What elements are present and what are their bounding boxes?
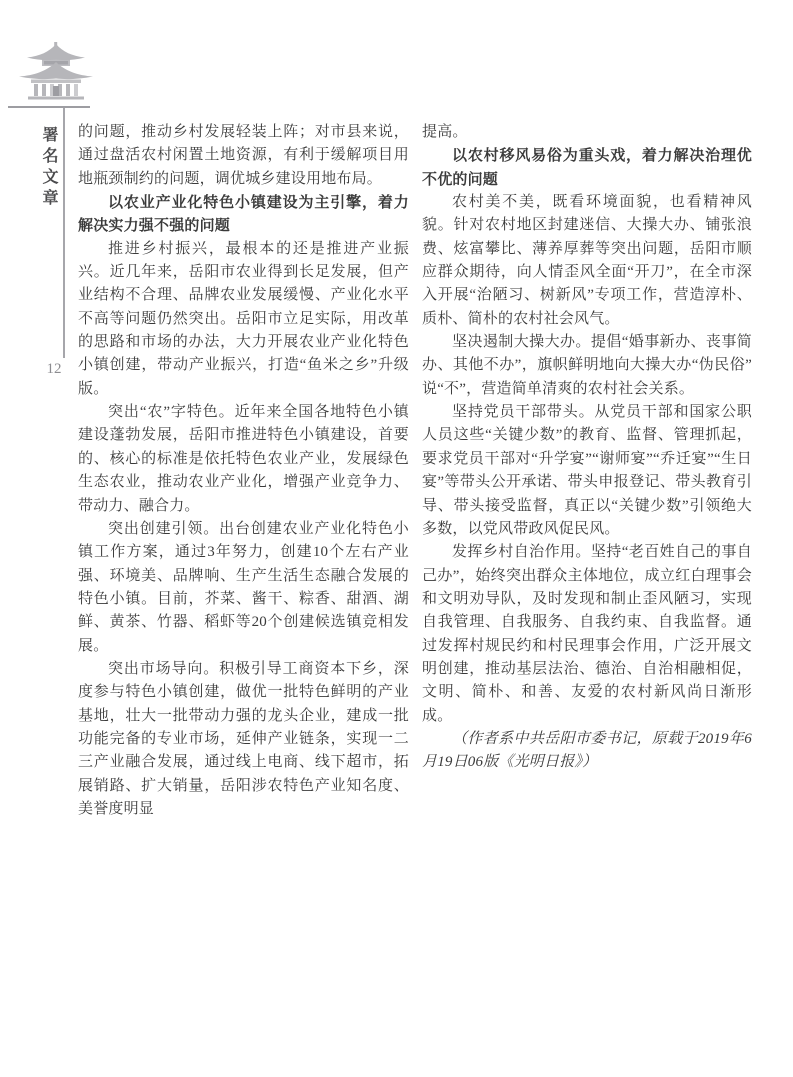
paragraph-continuation: 提高。 <box>422 121 752 144</box>
page-number: 12 <box>38 361 70 378</box>
paragraph: 发挥乡村自治作用。坚持“老百姓自己的事自己办”，始终突出群众主体地位，成立红白理… <box>422 541 752 728</box>
author-note: （作者系中共岳阳市委书记，原载于2019年6月19日06版《光明日报》） <box>422 728 752 775</box>
magazine-page: 署名文章 12 的问题，推动乡村发展轻装上阵；对市县来说，通过盘活农村闲置土地资… <box>0 0 793 1077</box>
paragraph: 农村美不美，既看环境面貌，也看精神风貌。针对农村地区封建迷信、大操大办、铺张浪费… <box>422 191 752 331</box>
pagoda-icon <box>16 42 96 106</box>
yueyang-tower-logo <box>16 42 96 106</box>
section-heading: 以农村移风易俗为重头戏，着力解决治理优不优的问题 <box>422 144 752 191</box>
logo-baseline-divider <box>8 106 90 108</box>
article-column-right: 提高。 以农村移风易俗为重头戏，着力解决治理优不优的问题 农村美不美，既看环境面… <box>422 121 752 775</box>
paragraph: 坚决遏制大操大办。提倡“婚事新办、丧事简办、其他不办”，旗帜鲜明地向大操大办“伪… <box>422 331 752 401</box>
paragraph: 坚持党员干部带头。从党员干部和国家公职人员这些“关键少数”的教育、监督、管理抓起… <box>422 401 752 541</box>
paragraph: 突出“农”字特色。近年来全国各地特色小镇建设蓬勃发展，岳阳市推进特色小镇建设，首… <box>78 401 409 518</box>
paragraph: 突出市场导向。积极引导工商资本下乡，深度参与特色小镇创建，做优一批特色鲜明的产业… <box>78 658 409 821</box>
section-heading: 以农业产业化特色小镇建设为主引擎，着力解决实力强不强的问题 <box>78 191 409 238</box>
article-column-left: 的问题，推动乡村发展轻装上阵；对市县来说，通过盘活农村闲置土地资源，有利于缓解项… <box>78 121 409 821</box>
margin-rule-divider <box>63 108 65 358</box>
section-label: 署名文章 <box>37 126 60 210</box>
paragraph-continuation: 的问题，推动乡村发展轻装上阵；对市县来说，通过盘活农村闲置土地资源，有利于缓解项… <box>78 121 409 191</box>
paragraph: 突出创建引领。出台创建农业产业化特色小镇工作方案，通过3年努力，创建10个左右产… <box>78 518 409 658</box>
paragraph: 推进乡村振兴，最根本的还是推进产业振兴。近几年来，岳阳市农业得到长足发展，但产业… <box>78 238 409 401</box>
